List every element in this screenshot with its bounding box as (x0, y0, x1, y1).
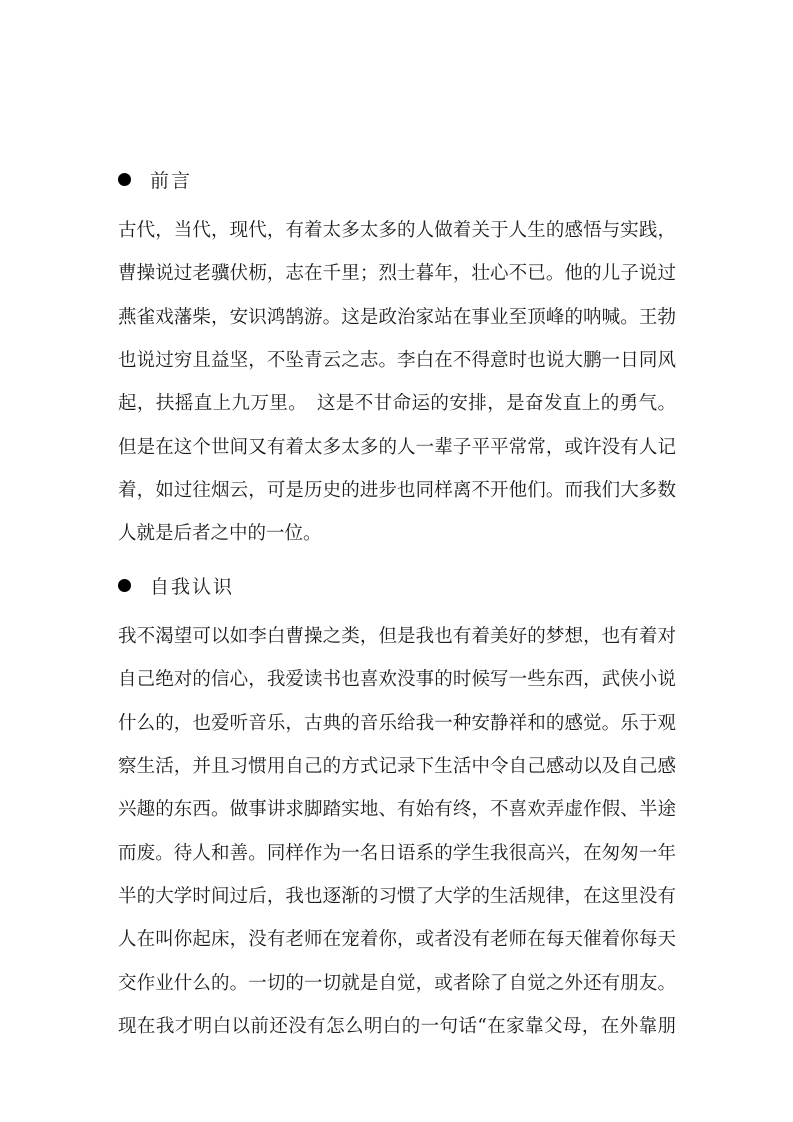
text-line: 但是在这个世间又有着太多太多的人一辈子平平常常，或许没有人记 (118, 426, 676, 469)
heading-label: 自我认识 (150, 572, 234, 599)
text-line: 燕雀戏藩柴，安识鸿鹄游。这是政治家站在事业至顶峰的呐喊。王勃 (118, 296, 676, 339)
text-line: 交作业什么的。一切的一切就是自觉，或者除了自觉之外还有朋友。 (118, 962, 676, 1005)
text-line: 曹操说过老骥伏枥，志在千里；烈士暮年，壮心不已。他的儿子说过 (118, 252, 676, 295)
paragraph-self-knowledge: 我不渴望可以如李白曹操之类，但是我也有着美好的梦想，也有着对自己绝对的信心，我爱… (118, 615, 676, 1048)
text-line: 什么的，也爱听音乐，古典的音乐给我一种安静祥和的感觉。乐于观 (118, 702, 676, 745)
text-line: 察生活，并且习惯用自己的方式记录下生活中令自己感动以及自己感 (118, 745, 676, 788)
text-line: 现在我才明白以前还没有怎么明白的一句话“在家靠父母，在外靠朋 (118, 1005, 676, 1048)
document-page: 前言 古代，当代，现代，有着太多太多的人做着关于人生的感悟与实践，曹操说过老骥伏… (0, 0, 793, 1122)
paragraph-preface: 古代，当代，现代，有着太多太多的人做着关于人生的感悟与实践，曹操说过老骥伏枥，志… (118, 209, 676, 556)
text-line: 人在叫你起床，没有老师在宠着你，或者没有老师在每天催着你每天 (118, 918, 676, 961)
text-line: 而废。待人和善。同样作为一名日语系的学生我很高兴，在匆匆一年 (118, 832, 676, 875)
bullet-icon (118, 579, 131, 592)
text-line: 古代，当代，现代，有着太多太多的人做着关于人生的感悟与实践， (118, 209, 676, 252)
heading-label: 前言 (150, 166, 192, 193)
text-line: 着，如过往烟云，可是历史的进步也同样离不开他们。而我们大多数 (118, 469, 676, 512)
text-line: 兴趣的东西。做事讲求脚踏实地、有始有终，不喜欢弄虚作假、半途 (118, 788, 676, 831)
text-line: 自己绝对的信心，我爱读书也喜欢没事的时候写一些东西，武侠小说 (118, 658, 676, 701)
bullet-icon (118, 173, 131, 186)
text-line: 人就是后者之中的一位。 (118, 512, 676, 555)
text-line: 也说过穷且益坚，不坠青云之志。李白在不得意时也说大鹏一日同风 (118, 339, 676, 382)
section-heading-self-knowledge: 自我认识 (118, 572, 234, 598)
section-heading-preface: 前言 (118, 166, 192, 192)
text-line: 半的大学时间过后，我也逐渐的习惯了大学的生活规律，在这里没有 (118, 875, 676, 918)
text-line: 起，扶摇直上九万里。 这是不甘命运的安排，是奋发直上的勇气。 (118, 382, 676, 425)
text-line: 我不渴望可以如李白曹操之类，但是我也有着美好的梦想，也有着对 (118, 615, 676, 658)
